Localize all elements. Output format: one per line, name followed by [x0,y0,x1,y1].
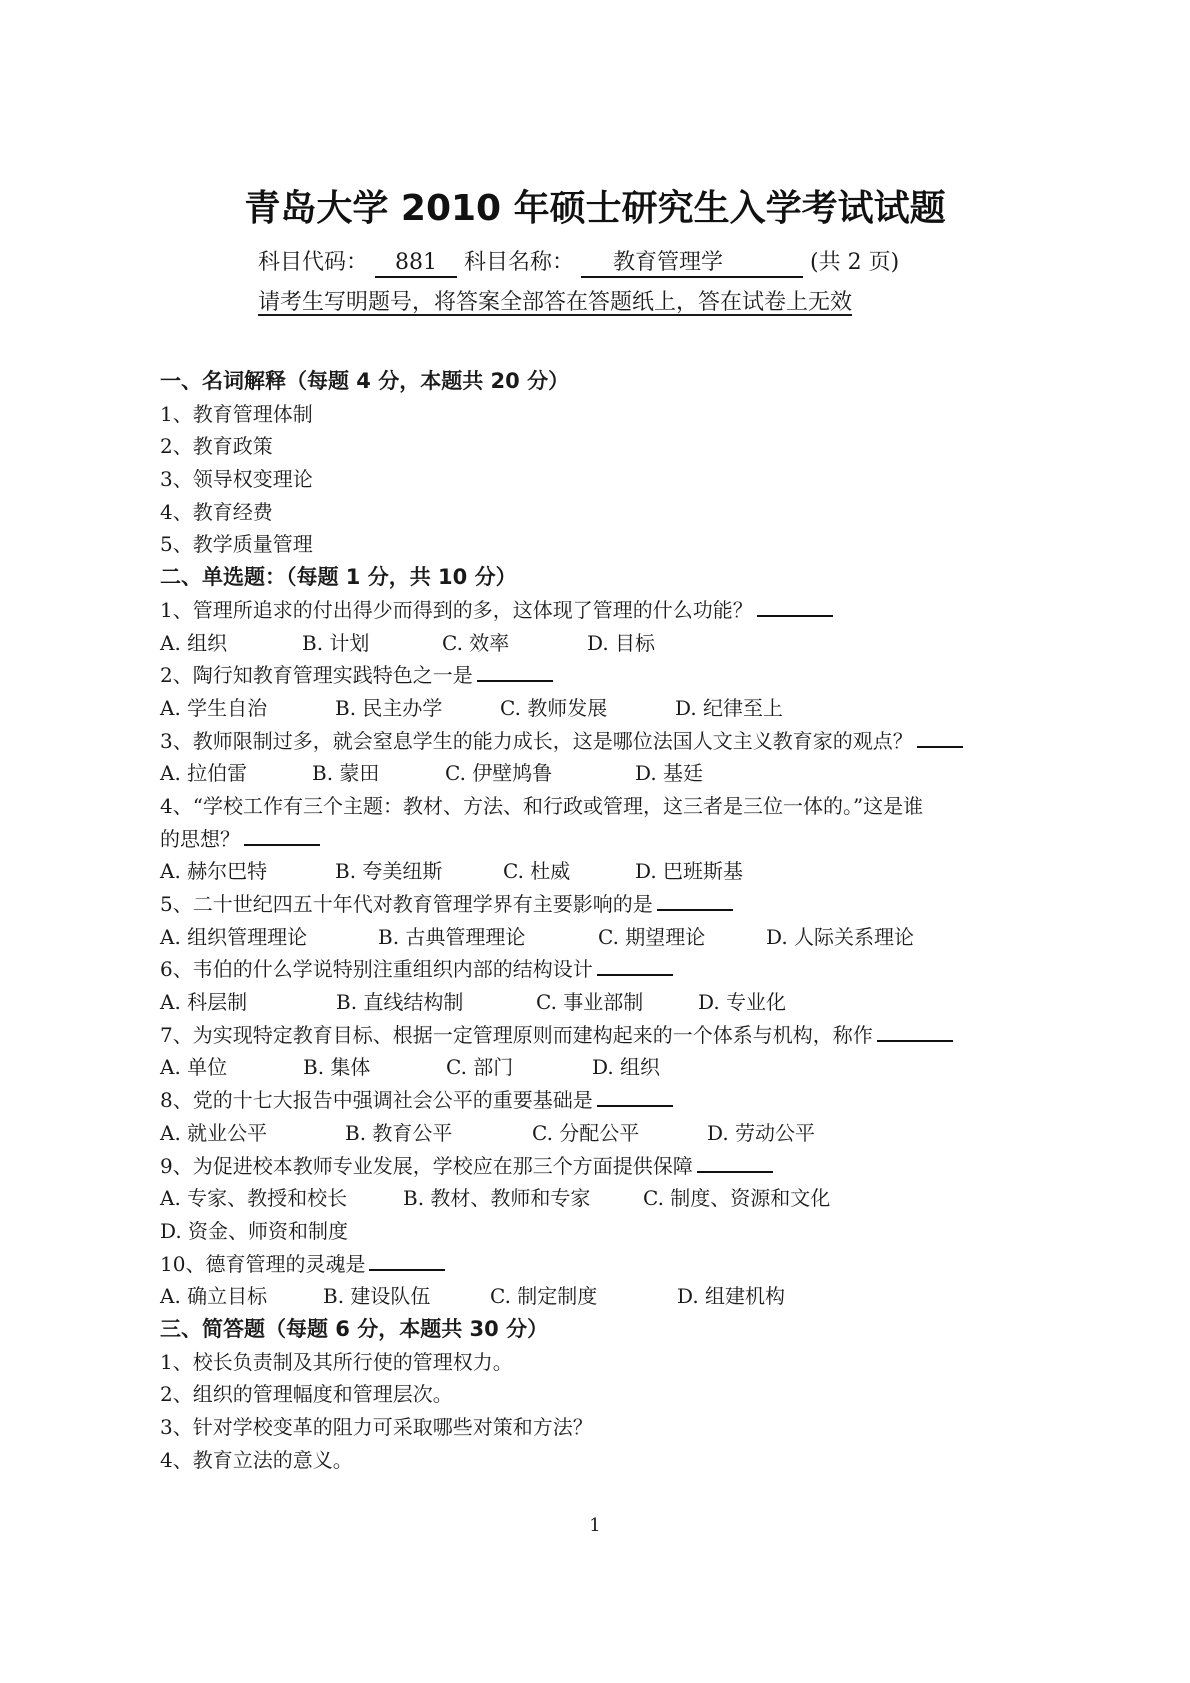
exam-notice: 请考生写明题号，将答案全部答在答题纸上，答在试卷上无效 [258,285,852,316]
question-2: 2、陶行知教育管理实践特色之一是 [160,659,1060,692]
subject-info-line: 科目代码： 881 科目名称： 教育管理学 (共 2 页) [258,245,899,278]
term-item: 4、教育经费 [160,496,1060,529]
option-b: B. 教材、教师和专家 [403,1182,643,1215]
subject-name-text: 教育管理学 [613,250,723,275]
question-8: 8、党的十七大报告中强调社会公平的重要基础是 [160,1084,1060,1117]
question-9: 9、为促进校本教师专业发展，学校应在那三个方面提供保障 [160,1150,1060,1183]
question-text: 5、二十世纪四五十年代对教育管理学界有主要影响的是 [160,892,653,916]
short-answer-item: 1、校长负责制及其所行使的管理权力。 [160,1346,1060,1379]
options-9-continued: D. 资金、师资和制度 [160,1215,1060,1248]
option-c: C. 分配公平 [532,1117,707,1150]
option-b: B. 集体 [303,1051,446,1084]
options-9: A. 专家、教授和校长B. 教材、教师和专家C. 制度、资源和文化 [160,1182,1060,1215]
option-a: A. 组织 [160,627,302,660]
question-text: 8、党的十七大报告中强调社会公平的重要基础是 [160,1088,593,1112]
option-a: A. 单位 [160,1051,303,1084]
option-d: D. 纪律至上 [675,692,783,725]
exam-content: 一、名词解释（每题 4 分，本题共 20 分） 1、教育管理体制 2、教育政策 … [160,365,1060,1476]
option-a: A. 拉伯雷 [160,757,312,790]
option-d: D. 劳动公平 [707,1117,815,1150]
answer-blank [597,1087,673,1107]
exam-title: 青岛大学 2010 年硕士研究生入学考试试题 [0,180,1190,231]
option-a: A. 学生自治 [160,692,335,725]
options-1: A. 组织B. 计划C. 效率D. 目标 [160,627,1060,660]
answer-blank [877,1022,953,1042]
options-10: A. 确立目标B. 建设队伍C. 制定制度D. 组建机构 [160,1280,1060,1313]
answer-blank [369,1251,445,1271]
question-4: 4、“学校工作有三个主题：教材、方法、和行政或管理，这三者是三位一体的。”这是谁 [160,790,1060,823]
question-10: 10、德育管理的灵魂是 [160,1248,1060,1281]
subject-code-label: 科目代码： [258,250,368,275]
option-c: C. 制度、资源和文化 [643,1182,830,1215]
options-4: A. 赫尔巴特B. 夸美纽斯C. 杜威D. 巴班斯基 [160,855,1060,888]
answer-blank [917,728,963,748]
term-item: 2、教育政策 [160,430,1060,463]
option-c: C. 部门 [446,1051,592,1084]
option-a: A. 确立目标 [160,1280,323,1313]
question-1: 1、管理所追求的付出得少而得到的多，这体现了管理的什么功能？ [160,594,1060,627]
option-c: C. 效率 [442,627,587,660]
subject-code: 881 [375,250,457,278]
option-b: B. 计划 [302,627,442,660]
question-text: 1、管理所追求的付出得少而得到的多，这体现了管理的什么功能？ [160,598,753,622]
option-b: B. 夸美纽斯 [335,855,503,888]
answer-blank [477,662,553,682]
answer-blank [657,891,733,911]
options-5: A. 组织管理理论B. 古典管理理论C. 期望理论D. 人际关系理论 [160,921,1060,954]
page-number: 1 [0,1515,1190,1536]
answer-blank [697,1153,773,1173]
options-2: A. 学生自治B. 民主办学C. 教师发展D. 纪律至上 [160,692,1060,725]
term-item: 5、教学质量管理 [160,528,1060,561]
exam-page: 青岛大学 2010 年硕士研究生入学考试试题 科目代码： 881 科目名称： 教… [0,0,1190,1683]
question-5: 5、二十世纪四五十年代对教育管理学界有主要影响的是 [160,888,1060,921]
option-a: A. 赫尔巴特 [160,855,335,888]
short-answer-item: 2、组织的管理幅度和管理层次。 [160,1378,1060,1411]
question-text: 6、韦伯的什么学说特别注重组织内部的结构设计 [160,957,593,981]
option-d: D. 资金、师资和制度 [160,1215,348,1248]
question-text: 3、教师限制过多，就会窒息学生的能力成长，这是哪位法国人文主义教育家的观点？ [160,729,913,753]
short-answer-item: 3、针对学校变革的阻力可采取哪些对策和方法？ [160,1411,1060,1444]
option-a: A. 科层制 [160,986,336,1019]
term-item: 3、领导权变理论 [160,463,1060,496]
section-1-heading: 一、名词解释（每题 4 分，本题共 20 分） [160,365,1060,398]
option-b: B. 民主办学 [335,692,500,725]
question-text: 9、为促进校本教师专业发展，学校应在那三个方面提供保障 [160,1154,693,1178]
question-6: 6、韦伯的什么学说特别注重组织内部的结构设计 [160,953,1060,986]
option-b: B. 古典管理理论 [378,921,598,954]
short-answer-item: 4、教育立法的意义。 [160,1444,1060,1477]
section-2-heading: 二、单选题：（每题 1 分，共 10 分） [160,561,1060,594]
question-4-continued: 的思想？ [160,823,1060,856]
question-text: 10、德育管理的灵魂是 [160,1252,365,1276]
option-c: C. 伊壁鸠鲁 [445,757,635,790]
options-3: A. 拉伯雷B. 蒙田C. 伊壁鸠鲁D. 基廷 [160,757,1060,790]
options-7: A. 单位B. 集体C. 部门D. 组织 [160,1051,1060,1084]
option-b: B. 教育公平 [345,1117,532,1150]
answer-blank [597,956,673,976]
option-b: B. 直线结构制 [336,986,536,1019]
options-8: A. 就业公平B. 教育公平C. 分配公平D. 劳动公平 [160,1117,1060,1150]
option-c: C. 杜威 [503,855,635,888]
option-a: A. 就业公平 [160,1117,345,1150]
option-c: C. 制定制度 [490,1280,677,1313]
option-d: D. 人际关系理论 [766,921,914,954]
question-3: 3、教师限制过多，就会窒息学生的能力成长，这是哪位法国人文主义教育家的观点？ [160,725,1060,758]
option-b: B. 蒙田 [312,757,445,790]
question-text: 7、为实现特定教育目标、根据一定管理原则而建构起来的一个体系与机构，称作 [160,1023,873,1047]
options-6: A. 科层制B. 直线结构制C. 事业部制D. 专业化 [160,986,1060,1019]
term-item: 1、教育管理体制 [160,398,1060,431]
answer-blank [757,597,833,617]
option-c: C. 事业部制 [536,986,698,1019]
subject-name-label: 科目名称： [464,250,574,275]
option-d: D. 专业化 [698,986,786,1019]
option-a: A. 专家、教授和校长 [160,1182,403,1215]
question-text: 的思想？ [160,827,240,851]
option-d: D. 组织 [592,1051,660,1084]
option-d: D. 基廷 [635,757,703,790]
answer-blank [244,826,320,846]
option-a: A. 组织管理理论 [160,921,378,954]
option-d: D. 组建机构 [677,1280,785,1313]
section-3-heading: 三、简答题（每题 6 分，本题共 30 分） [160,1313,1060,1346]
subject-name: 教育管理学 [581,250,803,278]
option-c: C. 期望理论 [598,921,766,954]
option-d: D. 目标 [587,627,655,660]
option-d: D. 巴班斯基 [635,855,743,888]
question-7: 7、为实现特定教育目标、根据一定管理原则而建构起来的一个体系与机构，称作 [160,1019,1060,1052]
option-b: B. 建设队伍 [323,1280,490,1313]
question-text: 2、陶行知教育管理实践特色之一是 [160,663,473,687]
option-c: C. 教师发展 [500,692,675,725]
page-count: (共 2 页) [810,250,899,275]
